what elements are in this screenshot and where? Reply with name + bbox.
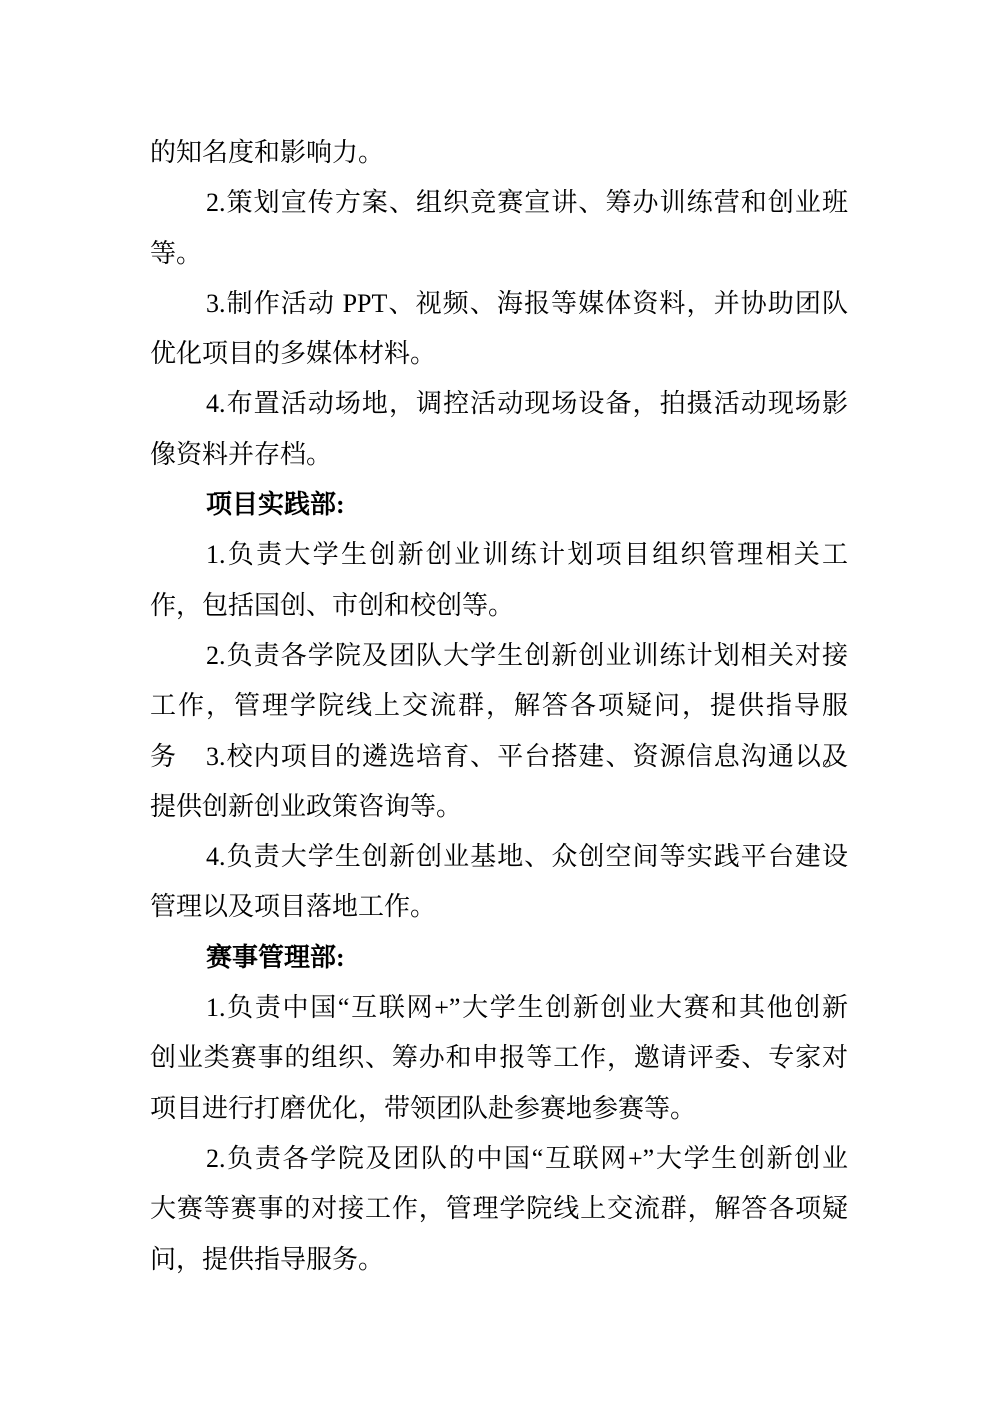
document-line: 提供创新创业政策咨询等。	[150, 782, 848, 832]
document-line: 2.负责各学院及团队大学生创新创业训练计划相关对接	[150, 631, 848, 681]
document-line: 的知名度和影响力。	[150, 128, 848, 178]
document-line: 工作，管理学院线上交流群，解答各项疑问，提供指导服务。	[150, 681, 848, 731]
page-text: 的知名度和影响力。2.策划宣传方案、组织竞赛宣讲、筹办训练营和创业班等。3.制作…	[150, 128, 848, 1285]
document-line: 2.策划宣传方案、组织竞赛宣讲、筹办训练营和创业班	[150, 178, 848, 228]
document-line: 2.负责各学院及团队的中国“互联网+”大学生创新创业	[150, 1134, 848, 1184]
document-line: 像资料并存档。	[150, 430, 848, 480]
document-line: 问，提供指导服务。	[150, 1235, 848, 1285]
document-line: 管理以及项目落地工作。	[150, 882, 848, 932]
document-line: 4.布置活动场地，调控活动现场设备，拍摄活动现场影	[150, 379, 848, 429]
document-line: 4.负责大学生创新创业基地、众创空间等实践平台建设	[150, 832, 848, 882]
document-line: 3.制作活动 PPT、视频、海报等媒体资料，并协助团队	[150, 279, 848, 329]
document-line: 3.校内项目的遴选培育、平台搭建、资源信息沟通以及	[150, 732, 848, 782]
section-heading: 赛事管理部:	[150, 933, 848, 983]
section-heading: 项目实践部:	[150, 480, 848, 530]
document-line: 优化项目的多媒体材料。	[150, 329, 848, 379]
document-line: 项目进行打磨优化，带领团队赴参赛地参赛等。	[150, 1084, 848, 1134]
document-page: 的知名度和影响力。2.策划宣传方案、组织竞赛宣讲、筹办训练营和创业班等。3.制作…	[0, 0, 1000, 1414]
document-line: 作，包括国创、市创和校创等。	[150, 581, 848, 631]
document-line: 等。	[150, 229, 848, 279]
document-line: 大赛等赛事的对接工作，管理学院线上交流群，解答各项疑	[150, 1184, 848, 1234]
document-line: 1.负责中国“互联网+”大学生创新创业大赛和其他创新	[150, 983, 848, 1033]
document-line: 创业类赛事的组织、筹办和申报等工作，邀请评委、专家对	[150, 1033, 848, 1083]
document-line: 1.负责大学生创新创业训练计划项目组织管理相关工	[150, 530, 848, 580]
